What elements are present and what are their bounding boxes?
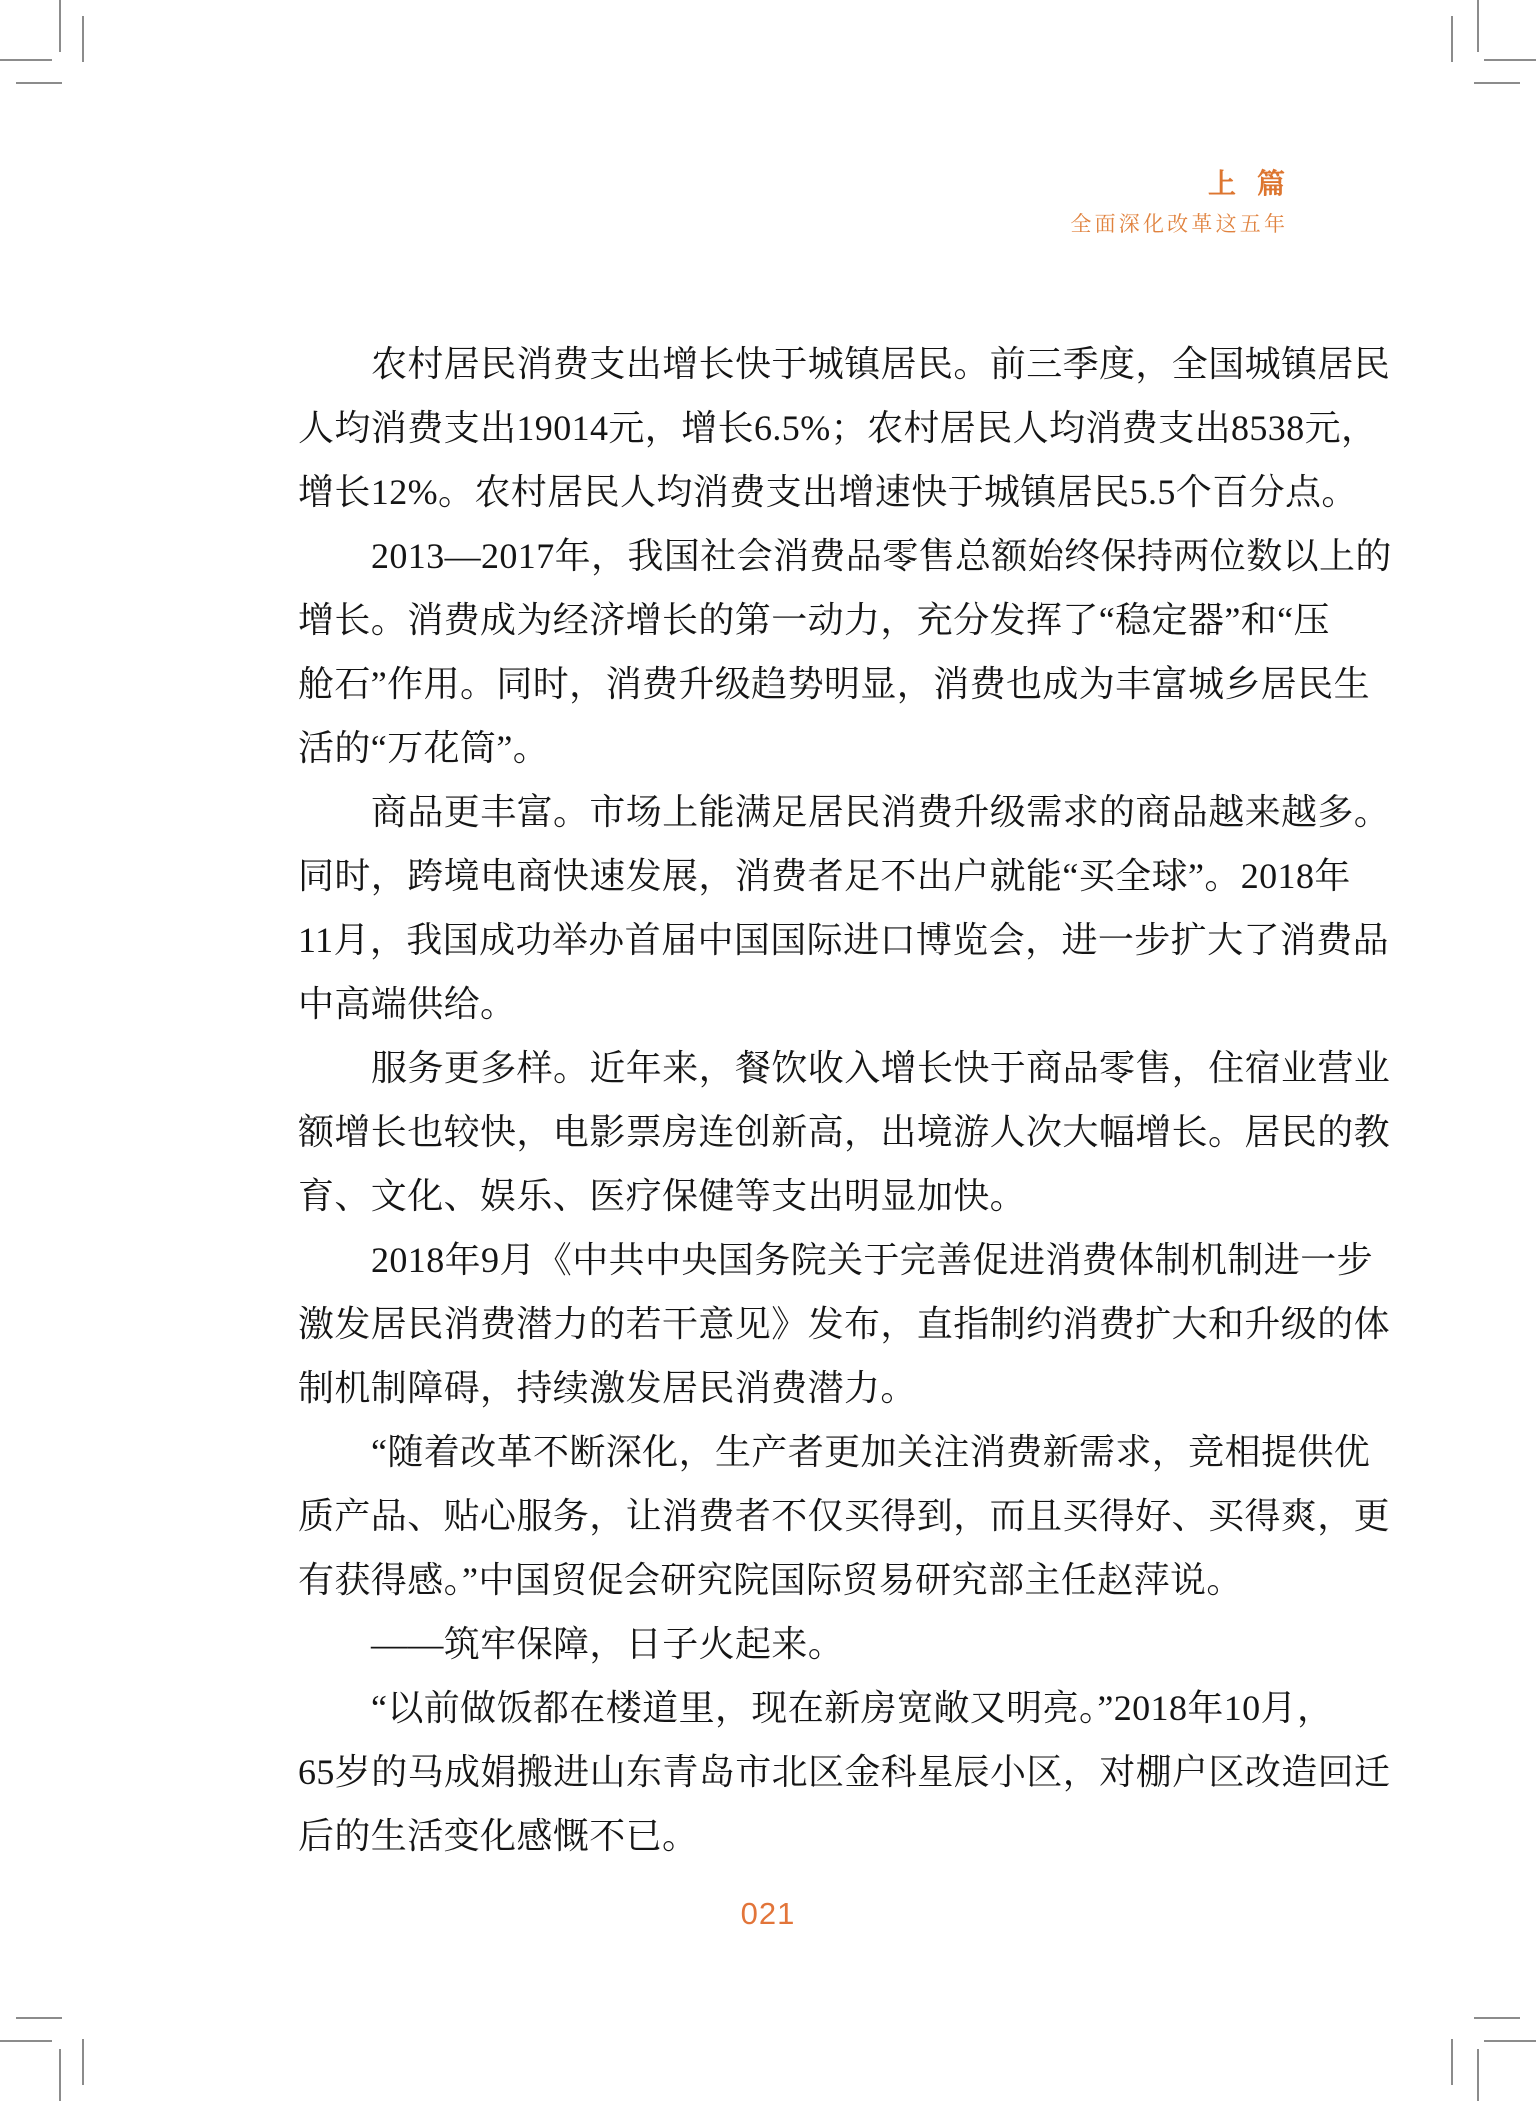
section-title: 上 篇	[1070, 168, 1292, 202]
body-line: 65岁的马成娟搬进山东青岛市北区金科星辰小区，对棚户区改造回迁	[298, 1740, 1286, 1804]
body-line: 育、文化、娱乐、医疗保健等支出明显加快。	[298, 1164, 1286, 1228]
body-line: 服务更多样。近年来，餐饮收入增长快于商品零售，住宿业营业	[298, 1036, 1286, 1100]
body-line: 农村居民消费支出增长快于城镇居民。前三季度，全国城镇居民	[298, 332, 1286, 396]
crop-mark-segment	[1477, 2049, 1479, 2101]
body-line: 中高端供给。	[298, 972, 1286, 1036]
page-number: 021	[741, 1896, 796, 1932]
page-footer: 021	[0, 1896, 1536, 1932]
body-line: 增长。消费成为经济增长的第一动力，充分发挥了“稳定器”和“压	[298, 588, 1286, 652]
book-page: 上 篇 全面深化改革这五年 农村居民消费支出增长快于城镇居民。前三季度，全国城镇…	[0, 0, 1536, 2101]
body-line: 额增长也较快，电影票房连创新高，出境游人次大幅增长。居民的教	[298, 1100, 1286, 1164]
body-line: 有获得感。”中国贸促会研究院国际贸易研究部主任赵萍说。	[298, 1548, 1286, 1612]
page-header: 上 篇 全面深化改革这五年	[1070, 168, 1285, 237]
body-line: 质产品、贴心服务，让消费者不仅买得到，而且买得好、买得爽，更	[298, 1484, 1286, 1548]
body-line: “随着改革不断深化，生产者更加关注消费新需求，竞相提供优	[298, 1420, 1286, 1484]
crop-mark-segment	[16, 82, 62, 84]
body-line: 后的生活变化感慨不已。	[298, 1804, 1286, 1868]
body-line: 舱石”作用。同时，消费升级趋势明显，消费也成为丰富城乡居民生	[298, 652, 1286, 716]
body-line: 增长12%。农村居民人均消费支出增速快于城镇居民5.5个百分点。	[298, 460, 1286, 524]
body-line: ——筑牢保障，日子火起来。	[298, 1612, 1286, 1676]
crop-mark-segment	[1477, 0, 1479, 52]
crop-mark-segment	[1451, 16, 1453, 62]
crop-mark-segment	[1451, 2039, 1453, 2085]
body-line: 2013—2017年，我国社会消费品零售总额始终保持两位数以上的	[298, 524, 1286, 588]
crop-mark-segment	[0, 2040, 52, 2042]
body-line: 2018年9月《中共中央国务院关于完善促进消费体制机制进一步	[298, 1228, 1286, 1292]
crop-mark-segment	[82, 2039, 84, 2085]
crop-mark-segment	[82, 16, 84, 62]
body-line: 商品更丰富。市场上能满足居民消费升级需求的商品越来越多。	[298, 780, 1286, 844]
crop-mark-segment	[59, 2049, 61, 2101]
body-line: 制机制障碍，持续激发居民消费潜力。	[298, 1356, 1286, 1420]
body-line: 活的“万花筒”。	[298, 716, 1286, 780]
section-subtitle: 全面深化改革这五年	[1070, 211, 1288, 237]
body-text: 农村居民消费支出增长快于城镇居民。前三季度，全国城镇居民人均消费支出19014元…	[298, 332, 1286, 1868]
body-line: “以前做饭都在楼道里，现在新房宽敞又明亮。”2018年10月，	[298, 1676, 1286, 1740]
body-line: 激发居民消费潜力的若干意见》发布，直指制约消费扩大和升级的体	[298, 1292, 1286, 1356]
crop-mark-segment	[1484, 59, 1536, 61]
crop-mark-segment	[1474, 2017, 1520, 2019]
crop-mark-segment	[1484, 2040, 1536, 2042]
body-line: 人均消费支出19014元，增长6.5%；农村居民人均消费支出8538元，	[298, 396, 1286, 460]
body-line: 11月，我国成功举办首届中国国际进口博览会，进一步扩大了消费品	[298, 908, 1286, 972]
crop-mark-segment	[59, 0, 61, 52]
body-line: 同时，跨境电商快速发展，消费者足不出户就能“买全球”。2018年	[298, 844, 1286, 908]
crop-mark-segment	[16, 2017, 62, 2019]
crop-mark-segment	[1474, 82, 1520, 84]
crop-mark-segment	[0, 59, 52, 61]
